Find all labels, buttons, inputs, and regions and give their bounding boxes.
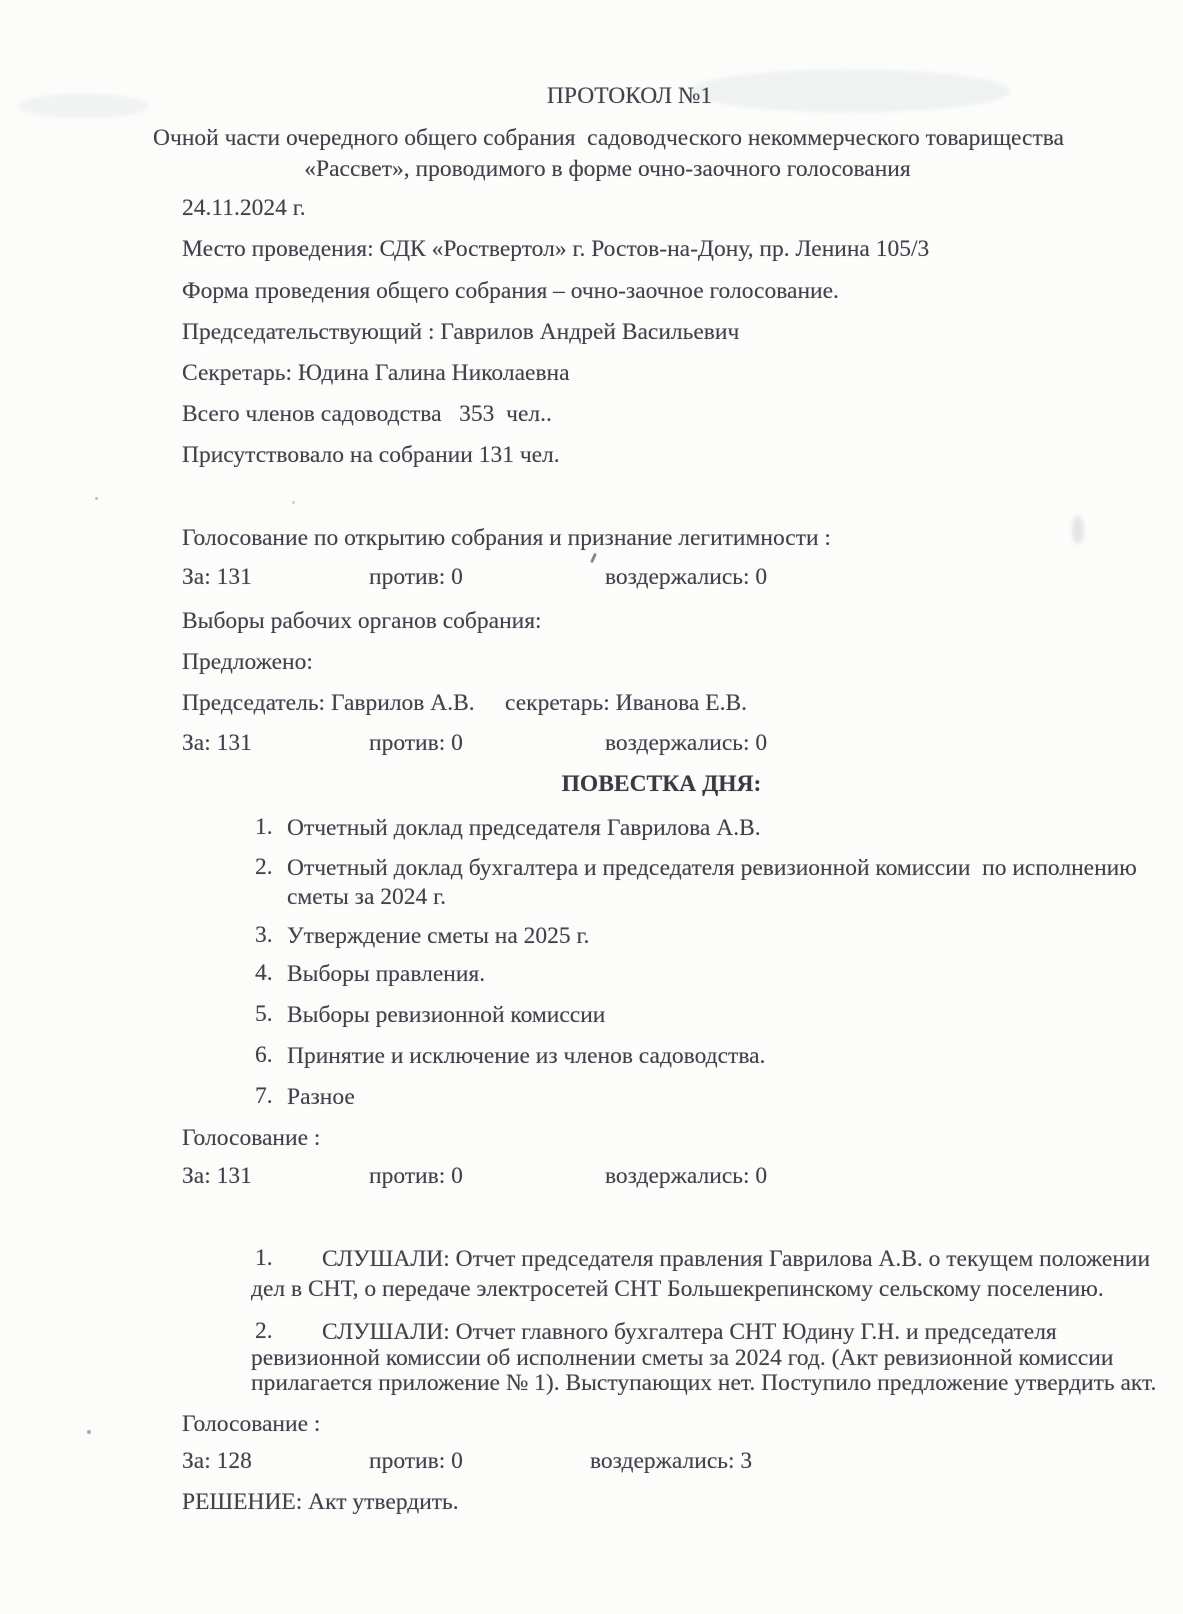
vote-for: За: 128 xyxy=(182,1448,252,1475)
vote-against: против: 0 xyxy=(369,564,463,591)
agenda-item-text: Разное xyxy=(287,1083,355,1111)
agenda-item-number: 7. xyxy=(255,1083,273,1110)
format-line: Форма проведения общего собрания – очно-… xyxy=(182,277,839,305)
agenda-item-text: Отчетный доклад председателя Гаврилова А… xyxy=(287,814,761,842)
date-line: 24.11.2024 г. xyxy=(182,194,306,222)
act-vote-row: За: 128 против: 0 воздержались: 3 xyxy=(182,1448,942,1478)
protocol-title: ПРОТОКОЛ №1 xyxy=(38,82,1183,110)
vote-for: За: 131 xyxy=(182,730,252,757)
scan-artifact xyxy=(292,501,295,504)
chairman-line: Председательствующий : Гаврилов Андрей В… xyxy=(182,318,739,346)
members-total-line: Всего членов садоводства 353 чел.. xyxy=(182,400,552,428)
opening-vote-row: За: 131 против: 0 воздержались: 0 xyxy=(182,564,942,594)
agenda-vote-row: За: 131 против: 0 воздержались: 0 xyxy=(182,1163,942,1193)
agenda-item-number: 2. xyxy=(255,854,273,881)
vote-against: против: 0 xyxy=(369,730,463,757)
agenda-item-text: Выборы правления. xyxy=(287,960,485,988)
hearing-text-line: СЛУШАЛИ: Отчет председателя правления Га… xyxy=(322,1245,1150,1273)
subtitle-line-1: Очной части очередного общего собрания с… xyxy=(17,124,1183,152)
agenda-item-number: 4. xyxy=(255,960,273,987)
scan-artifact xyxy=(95,497,98,500)
secretary-line: Секретарь: Юдина Галина Николаевна xyxy=(182,359,570,387)
vote-abstained: воздержались: 0 xyxy=(605,564,767,591)
scan-artifact xyxy=(590,553,597,563)
agenda-item-number: 5. xyxy=(255,1001,273,1028)
scan-artifact xyxy=(87,1430,91,1434)
hearing-number: 2. xyxy=(255,1318,273,1345)
subtitle-line-2: «Рассвет», проводимого в форме очно-заоч… xyxy=(16,155,1183,183)
agenda-item-number: 1. xyxy=(255,814,273,841)
agenda-item-number: 6. xyxy=(255,1042,273,1069)
vote-for: За: 131 xyxy=(182,564,252,591)
agenda-item-number: 3. xyxy=(255,922,273,949)
agenda-heading: ПОВЕСТКА ДНЯ: xyxy=(70,770,1183,798)
proposed-label: Предложено: xyxy=(182,648,313,676)
proposed-chairman: Председатель: Гаврилов А.В. xyxy=(182,689,475,717)
hearing-text-line: прилагается приложение № 1). Выступающих… xyxy=(251,1369,1156,1397)
opening-vote-label: Голосование по открытию собрания и призн… xyxy=(182,524,831,552)
location-line: Место проведения: СДК «Роствертол» г. Ро… xyxy=(182,235,929,263)
agenda-vote-label: Голосование : xyxy=(182,1124,320,1152)
agenda-item-text: Выборы ревизионной комиссии xyxy=(287,1001,605,1029)
scan-artifact xyxy=(1072,516,1084,544)
hearing-text-line: дел в СНТ, о передаче электросетей СНТ Б… xyxy=(251,1275,1104,1303)
agenda-item-text: сметы за 2024 г. xyxy=(287,883,446,911)
working-bodies-heading: Выборы рабочих органов собрания: xyxy=(182,607,542,635)
present-line: Присутствовало на собрании 131 чел. xyxy=(182,441,560,469)
working-vote-row: За: 131 против: 0 воздержались: 0 xyxy=(182,730,942,760)
agenda-item-text: Утверждение сметы на 2025 г. xyxy=(287,922,589,950)
document-page: ПРОТОКОЛ №1 Очной части очередного общег… xyxy=(0,0,1183,1614)
vote-abstained: воздержались: 0 xyxy=(605,730,767,757)
vote-against: против: 0 xyxy=(369,1448,463,1475)
agenda-item-text: Отчетный доклад бухгалтера и председател… xyxy=(287,854,1137,882)
vote-abstained: воздержались: 3 xyxy=(590,1448,752,1475)
vote-against: против: 0 xyxy=(369,1163,463,1190)
hearing-text-line: ревизионной комиссии об исполнении сметы… xyxy=(251,1344,1113,1372)
decision-line: РЕШЕНИЕ: Акт утвердить. xyxy=(182,1488,459,1516)
vote-abstained: воздержались: 0 xyxy=(605,1163,767,1190)
hearing-number: 1. xyxy=(255,1245,273,1272)
vote-for: За: 131 xyxy=(182,1163,252,1190)
hearing-text-line: СЛУШАЛИ: Отчет главного бухгалтера СНТ Ю… xyxy=(322,1318,1057,1346)
act-vote-label: Голосование : xyxy=(182,1410,320,1438)
proposed-secretary: секретарь: Иванова Е.В. xyxy=(505,689,747,717)
agenda-item-text: Принятие и исключение из членов садоводс… xyxy=(287,1042,765,1070)
